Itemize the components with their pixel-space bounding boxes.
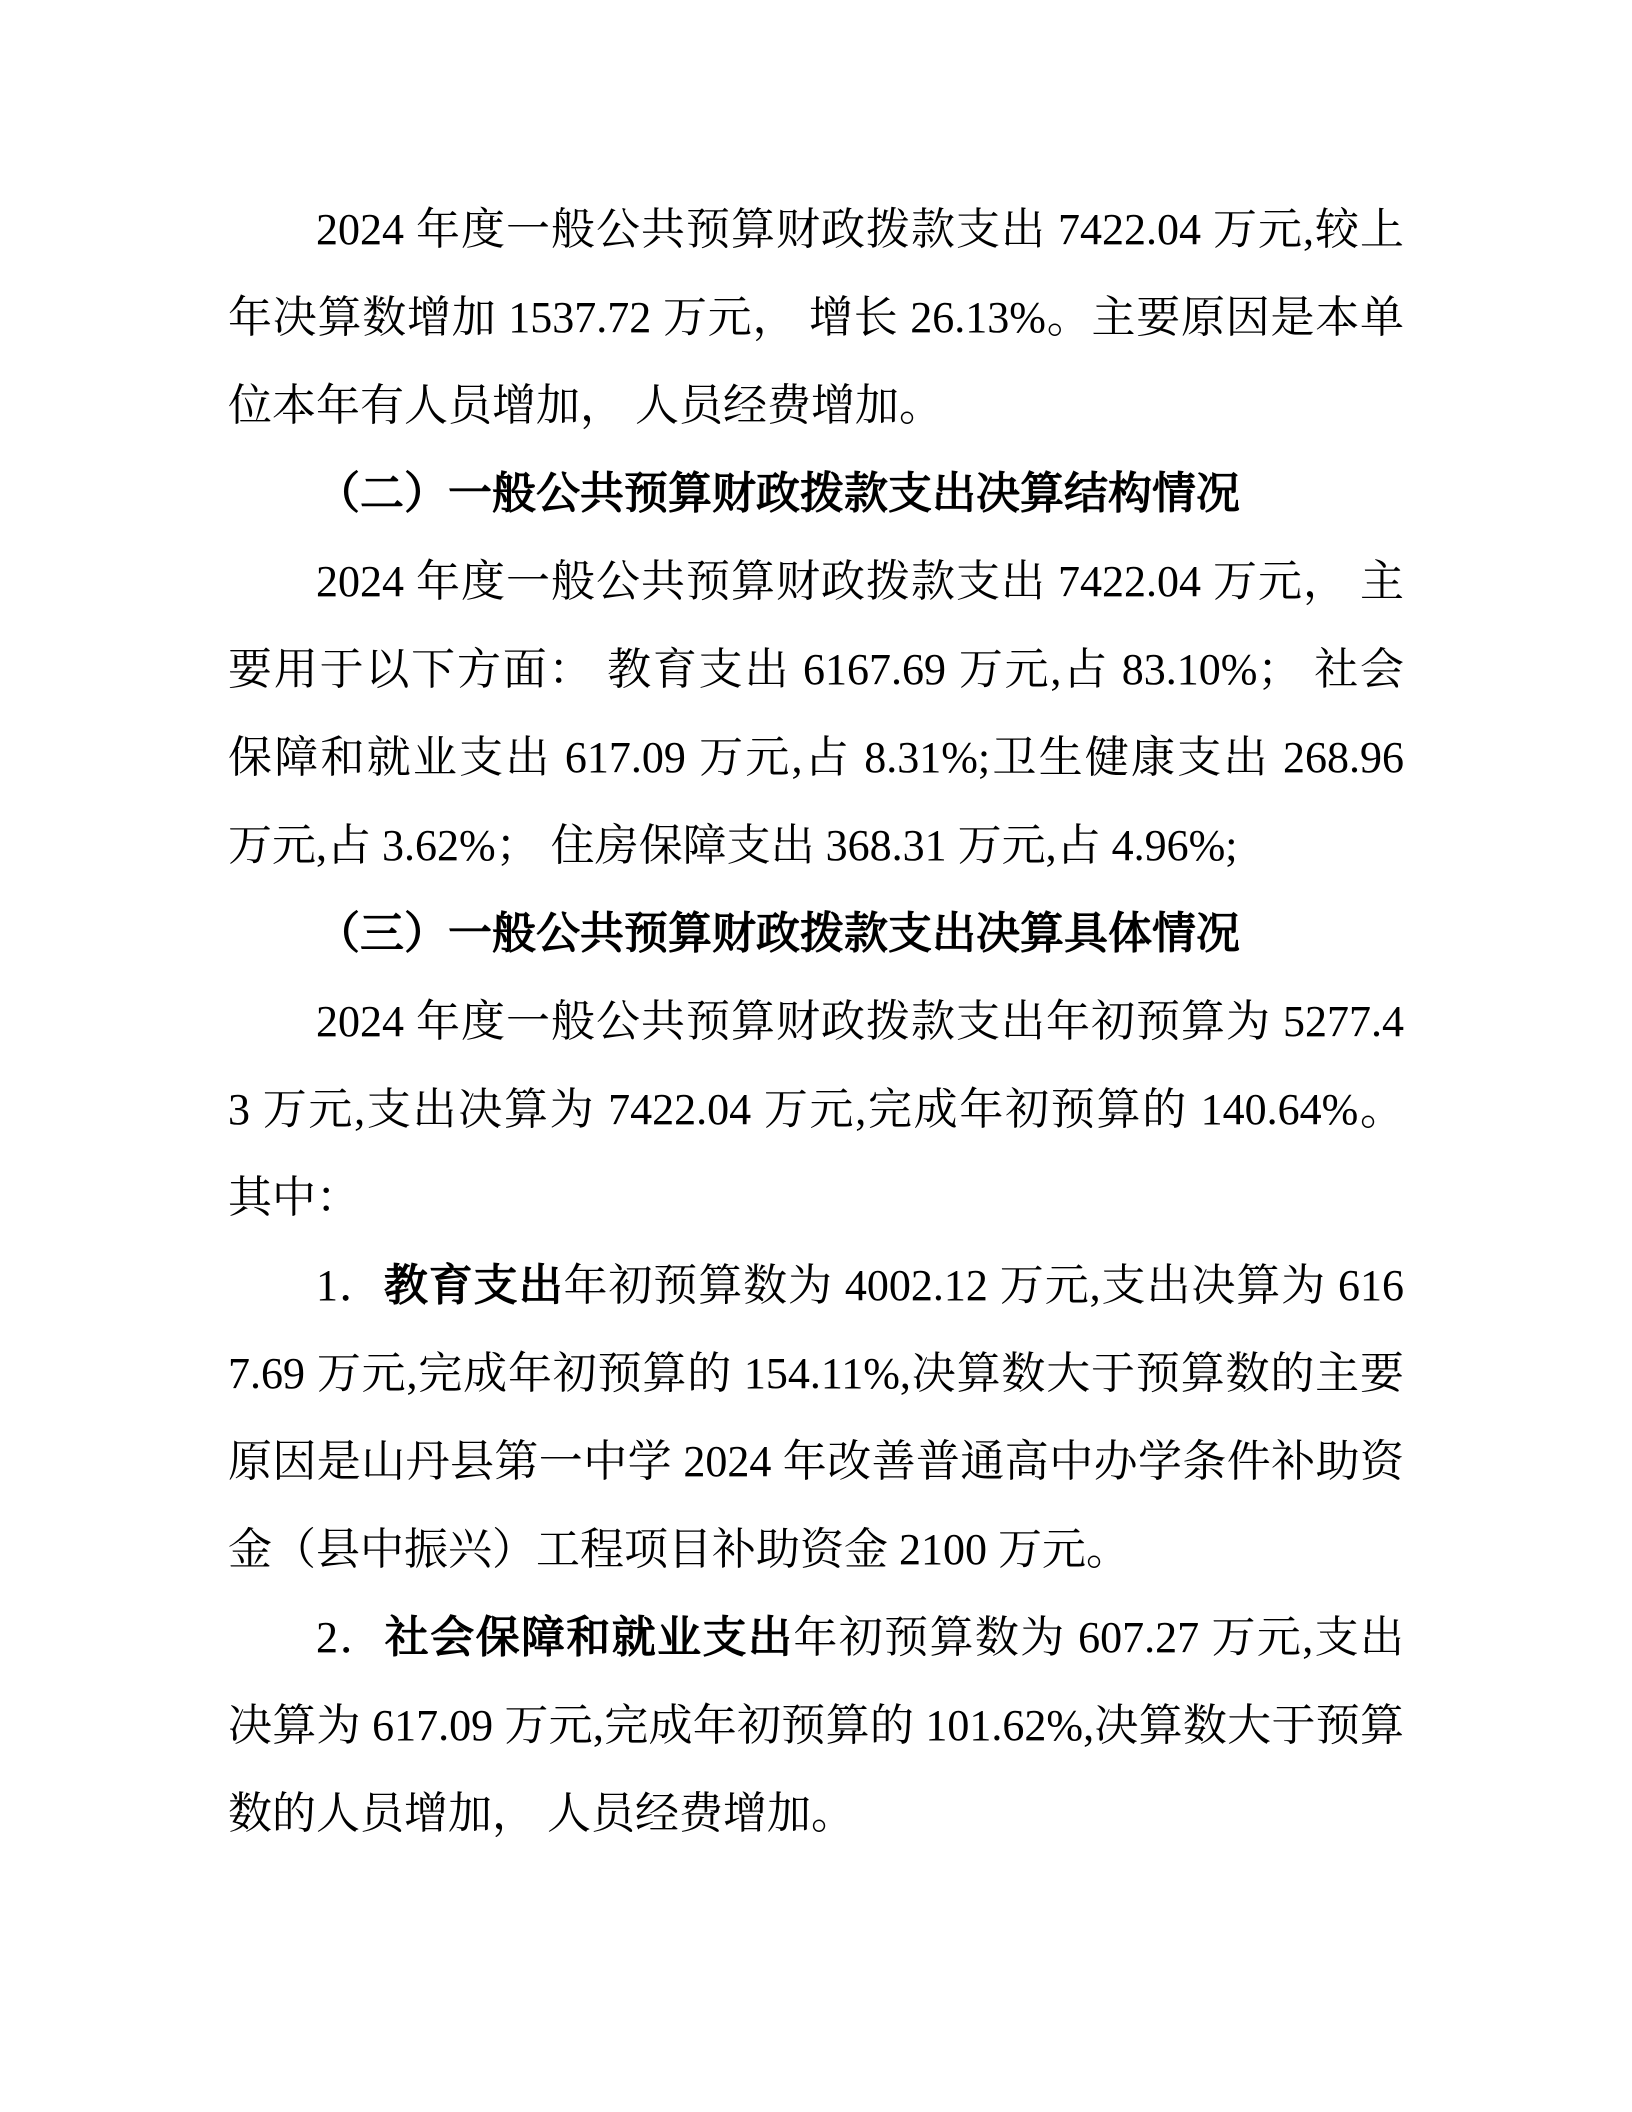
- paragraph-budget-completion: 2024 年度一般公共预算财政拨款支出年初预算为 5277.43 万元,支出决算…: [228, 978, 1404, 1242]
- section-heading-3: （三）一般公共预算财政拨款支出决算具体情况: [228, 890, 1404, 978]
- section-heading-2: （二）一般公共预算财政拨款支出决算结构情况: [228, 450, 1404, 538]
- paragraph-item-social-security: 2．社会保障和就业支出年初预算数为 607.27 万元,支出决算为 617.09…: [228, 1594, 1404, 1858]
- paragraph-text: 2024 年度一般公共预算财政拨款支出 7422.04 万元， 主要用于以下方面…: [228, 557, 1404, 870]
- item-number: 1．: [316, 1261, 384, 1310]
- item-title: 社会保障和就业支出: [385, 1613, 794, 1662]
- paragraph-item-education: 1．教育支出年初预算数为 4002.12 万元,支出决算为 6167.69 万元…: [228, 1242, 1404, 1594]
- document-page: 2024 年度一般公共预算财政拨款支出 7422.04 万元,较上年决算数增加 …: [0, 0, 1632, 2112]
- item-number: 2．: [316, 1613, 385, 1662]
- paragraph-text: 2024 年度一般公共预算财政拨款支出年初预算为 5277.43 万元,支出决算…: [228, 997, 1404, 1222]
- heading-text: （二）一般公共预算财政拨款支出决算结构情况: [316, 469, 1240, 518]
- item-title: 教育支出: [384, 1261, 564, 1310]
- paragraph-text: 2024 年度一般公共预算财政拨款支出 7422.04 万元,较上年决算数增加 …: [228, 205, 1404, 430]
- heading-text: （三）一般公共预算财政拨款支出决算具体情况: [316, 909, 1240, 958]
- paragraph-expenditure-total: 2024 年度一般公共预算财政拨款支出 7422.04 万元,较上年决算数增加 …: [228, 186, 1404, 450]
- paragraph-expenditure-structure: 2024 年度一般公共预算财政拨款支出 7422.04 万元， 主要用于以下方面…: [228, 538, 1404, 890]
